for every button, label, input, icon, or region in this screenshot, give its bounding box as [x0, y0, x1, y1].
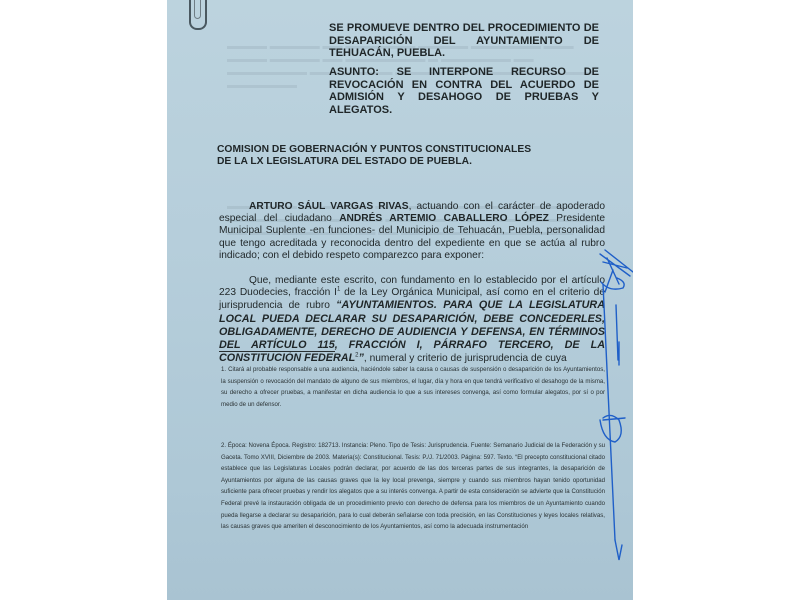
footnote-2: 2. Época: Novena Época. Registro: 182713…: [221, 440, 605, 533]
header-line: SE PROMUEVE DENTRO DEL PROCEDIMIENTO DE: [329, 22, 599, 35]
footnote-separator: [219, 351, 335, 352]
subject-line: ADMISIÓN Y DESAHOGO DE PRUEBAS Y: [329, 91, 599, 104]
subject-line: REVOCACIÓN EN CONTRA DEL ACUERDO DE: [329, 79, 599, 92]
intro-paragraph: ARTURO SÁUL VARGAS RIVAS, actuando con e…: [219, 201, 605, 262]
header-line: DESAPARICIÓN DEL AYUNTAMIENTO DE: [329, 35, 599, 48]
subject-block: ASUNTO: SE INTERPONE RECURSO DE REVOCACI…: [329, 66, 599, 116]
addressee-line: DE LA LX LEGISLATURA DEL ESTADO DE PUEBL…: [217, 156, 557, 168]
footnote-1: 1. Citará al probable responsable a una …: [221, 364, 605, 410]
client-name: ANDRÉS ARTEMIO CABALLERO LÓPEZ: [339, 213, 549, 224]
document-page: ▬▬▬▬ ▬▬▬▬▬ ▬▬ ▬▬▬▬▬▬▬ ▬▬▬▬▬ ▬▬▬▬▬▬▬ ▬▬▬ …: [167, 0, 633, 600]
footnote-text: Citará al probable responsable a una aud…: [221, 366, 605, 408]
subject-line: ASUNTO: SE INTERPONE RECURSO DE: [329, 66, 599, 79]
attorney-name: ARTURO SÁUL VARGAS RIVAS: [249, 201, 409, 212]
proceeding-header: SE PROMUEVE DENTRO DEL PROCEDIMIENTO DE …: [329, 22, 599, 60]
paper-clip-inner: [194, 0, 201, 19]
addressee: COMISION DE GOBERNACIÓN Y PUNTOS CONSTIT…: [217, 144, 557, 169]
addressee-line: COMISION DE GOBERNACIÓN Y PUNTOS CONSTIT…: [217, 144, 557, 156]
paragraph-text: , numeral y criterio de jurisprudencia d…: [364, 353, 567, 364]
footnote-text: Época: Novena Época. Registro: 182713. I…: [221, 442, 605, 530]
header-line: TEHUACÁN, PUEBLA.: [329, 47, 599, 60]
subject-line: ALEGATOS.: [329, 104, 599, 117]
